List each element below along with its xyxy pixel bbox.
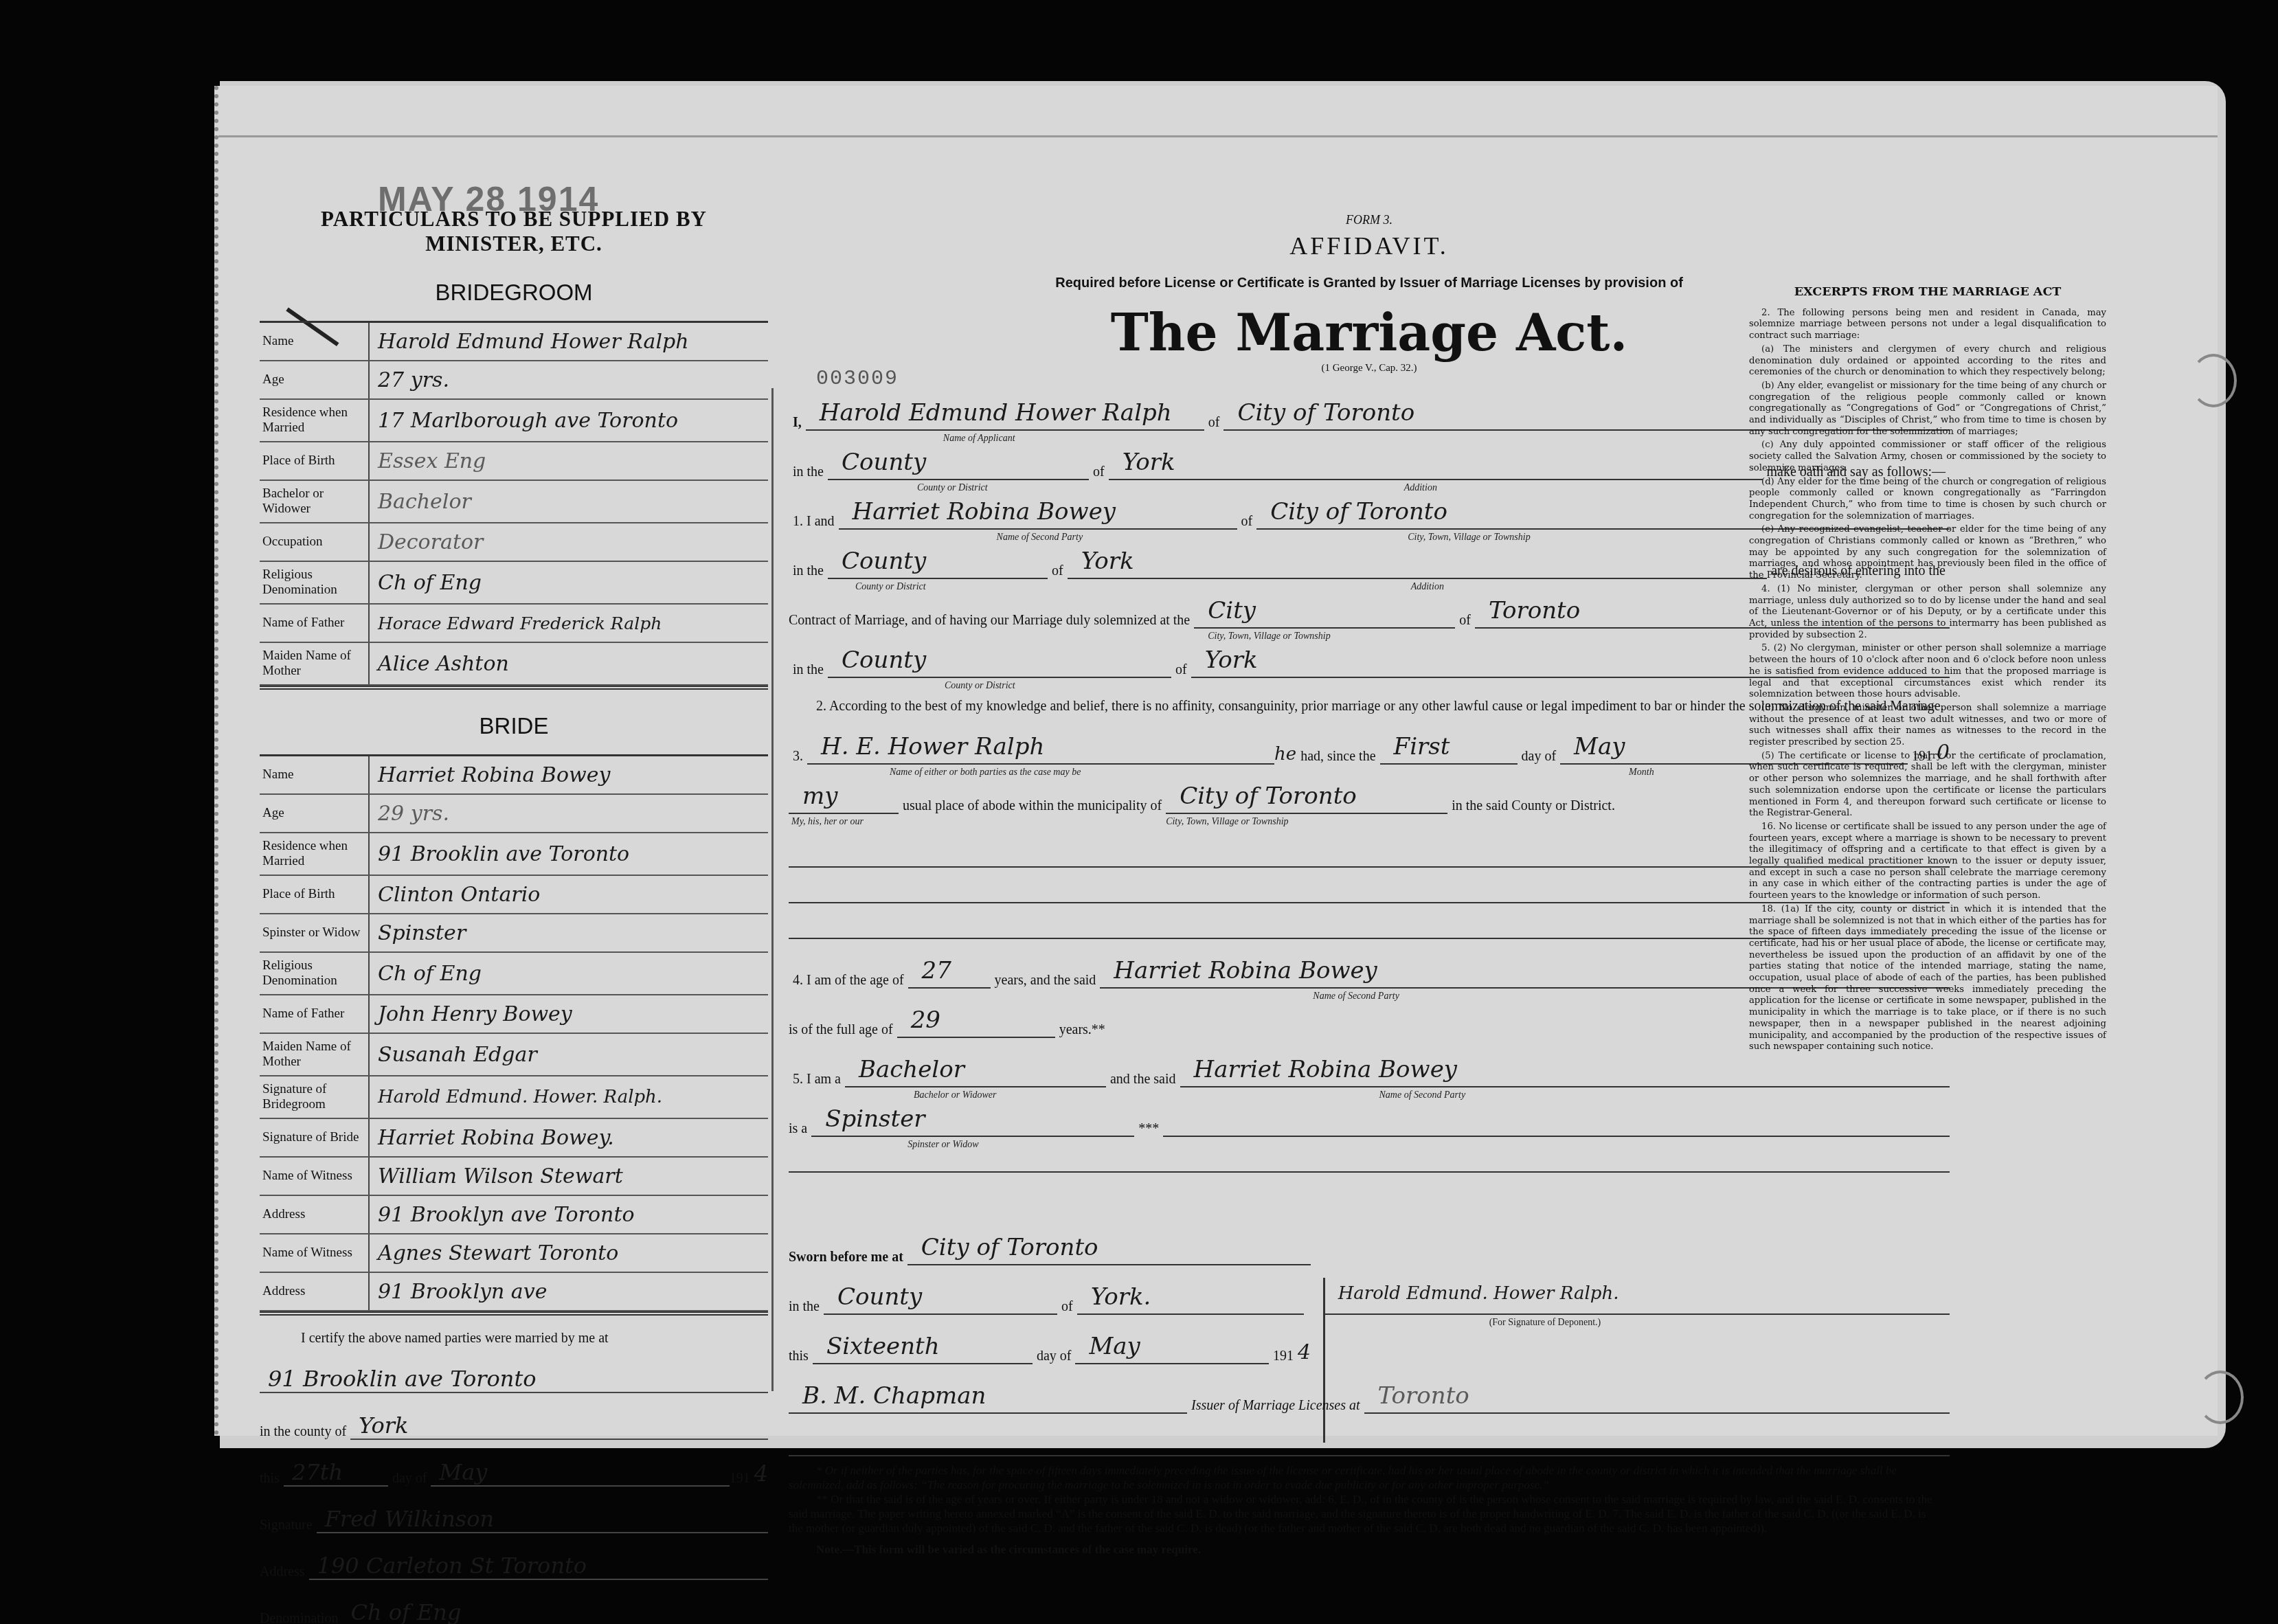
this-label: this <box>789 1349 813 1364</box>
excerpt-paragraph: 16. No license or certificate shall be i… <box>1749 822 2106 902</box>
field-label: Place of Birth <box>260 442 370 480</box>
certificate-county-line: in the county ofYork <box>260 1403 768 1440</box>
of-label: of <box>1171 662 1191 678</box>
year-suffix[interactable]: 4 <box>1298 1340 1311 1364</box>
field-label: Age <box>260 361 370 398</box>
this-label: this <box>260 1471 280 1487</box>
sworn-county-name[interactable]: York. <box>1077 1283 1304 1315</box>
clause-4-text: 4. I am of the age of <box>789 973 908 989</box>
field-label: Name <box>260 756 370 793</box>
caption: Name of either or both parties as the ca… <box>890 767 1081 778</box>
line-prefix: in the <box>789 464 828 480</box>
second-party-county-type[interactable]: CountyCounty or District <box>828 548 1048 579</box>
pronoun-field[interactable]: myMy, his, her or our <box>789 782 899 814</box>
of-label: of <box>1455 613 1475 629</box>
field-label: Name of Witness <box>260 1158 370 1195</box>
of-label: of <box>1204 415 1224 431</box>
certificate-intro: I certify the above named parties were m… <box>260 1331 768 1346</box>
field-value[interactable]: 29 yrs. <box>370 802 768 826</box>
bride-row-witness-1-address: Address91 Brooklyn ave Toronto <box>260 1196 768 1234</box>
binder-hole-icon <box>2197 1371 2244 1424</box>
bridegroom-row-name: NameHarold Edmund Hower Ralph <box>260 323 768 361</box>
caption: Addition <box>1411 582 1444 593</box>
minister-address[interactable]: 190 Carleton St Toronto <box>309 1553 768 1580</box>
clause-5-mid: and the said <box>1106 1072 1180 1087</box>
field-label: Religious Denomination <box>260 562 370 603</box>
sworn-county-type[interactable]: County <box>824 1283 1057 1315</box>
deponent-signature[interactable]: Harold Edmund. Hower Ralph.(For Signatur… <box>1324 1283 1950 1315</box>
second-party-status[interactable]: SpinsterSpinster or Widow <box>811 1105 1134 1137</box>
have-value[interactable]: he <box>1274 744 1296 765</box>
field-label: Occupation <box>260 523 370 561</box>
bridegroom-table: NameHarold Edmund Hower Ralph Age27 yrs.… <box>260 321 768 690</box>
certificate-date-line: this 27th day of May 191 4 <box>260 1450 768 1487</box>
line-prefix: in the <box>789 563 828 579</box>
applicant-age[interactable]: 27 <box>908 957 991 989</box>
caption: City, Town, Village or Township <box>1166 817 1288 828</box>
county-value[interactable]: York <box>350 1412 768 1440</box>
of-label: of <box>1089 464 1109 480</box>
field-value[interactable]: 17 Marlborough ave Toronto <box>370 409 768 433</box>
of-label: of <box>1237 514 1257 530</box>
bride-row-groom-signature: Signature of BridegroomHarold Edmund. Ho… <box>260 1076 768 1119</box>
field-value[interactable]: Alice Ashton <box>370 652 768 676</box>
issuer-place[interactable]: Toronto <box>1364 1382 1950 1414</box>
excerpt-paragraph: (a) The ministers and clergymen of every… <box>1749 344 2106 379</box>
excerpt-paragraph: 2. The following persons being men and r… <box>1749 308 2106 342</box>
field-value[interactable]: Harold Edmund Hower Ralph <box>370 330 768 354</box>
field-label: Age <box>260 795 370 832</box>
column-divider <box>771 388 774 1391</box>
solemnization-county-type[interactable]: CountyCounty or District <box>828 646 1171 678</box>
bride-row-status: Spinster or WidowSpinster <box>260 914 768 953</box>
certificate-place-line: 91 Brooklin ave Toronto <box>260 1356 768 1393</box>
place-value: City of Toronto <box>1270 498 1447 526</box>
excerpt-paragraph: (c) Any duly appointed commissioner or s… <box>1749 440 2106 474</box>
field-label: Name of Father <box>260 995 370 1033</box>
field-label: Address <box>260 1196 370 1233</box>
field-label: Maiden Name of Mother <box>260 643 370 684</box>
bridegroom-row-status: Bachelor or WidowerBachelor <box>260 481 768 523</box>
caption: County or District <box>945 681 1015 692</box>
field-label: Place of Birth <box>260 876 370 913</box>
field-value[interactable]: Spinster <box>370 921 768 945</box>
denomination-label: Denomination <box>260 1611 338 1624</box>
affidavit-title: AFFIDAVIT. <box>789 232 1950 260</box>
field-label: Residence when Married <box>260 833 370 875</box>
field-label: Address <box>260 1273 370 1310</box>
pronoun-value: my <box>802 782 837 810</box>
field-value[interactable]: Ch of Eng <box>370 962 768 986</box>
field-label: Name <box>260 323 370 360</box>
excerpts-column: EXCERPTS FROM THE MARRIAGE ACT 2. The fo… <box>1749 286 2106 1055</box>
caption: County or District <box>855 582 926 593</box>
bridegroom-row-birthplace: Place of BirthEssex Eng <box>260 442 768 481</box>
second-party-county-name[interactable]: YorkAddition <box>1068 548 1768 579</box>
day-value[interactable]: 27th <box>284 1459 388 1487</box>
field-label: Signature of Bridegroom <box>260 1076 370 1118</box>
caption: City, Town, Village or Township <box>1408 532 1530 543</box>
second-party-name-5[interactable]: Harriet Robina BoweyName of Second Party <box>1180 1056 1950 1087</box>
year-prefix: 191 <box>1269 1349 1298 1364</box>
second-party-value: Harriet Robina Bowey <box>853 498 1116 526</box>
month-value[interactable]: May <box>431 1459 729 1487</box>
line-suffix: in the said County or District. <box>1447 798 1619 814</box>
caption: Name of Applicant <box>943 433 1015 444</box>
serial-number: 003009 <box>816 368 899 391</box>
clause-5-line-1: 5. I am a BachelorBachelor or Widower an… <box>789 1056 1950 1087</box>
form-number: FORM 3. <box>789 213 1950 227</box>
marriage-affidavit-document: MAY 28 1914 PARTICULARS TO BE SUPPLIED B… <box>214 86 2218 1436</box>
abode-text: usual place of abode within the municipa… <box>899 798 1166 814</box>
bride-row-mother: Maiden Name of MotherSusanah Edgar <box>260 1034 768 1076</box>
sworn-county-line: in the County of York. Harold Edmund. Ho… <box>789 1283 1950 1315</box>
field-value[interactable]: Essex Eng <box>370 449 768 473</box>
clause-4-mid: years, and the said <box>991 973 1101 989</box>
full-age-suffix: years.** <box>1055 1022 1109 1038</box>
certificate-denomination-line: DenominationCh of Eng <box>260 1590 768 1624</box>
field-label: Residence when Married <box>260 400 370 441</box>
of-label: of <box>1048 563 1068 579</box>
field-label: Name of Father <box>260 605 370 642</box>
county-type-value: County <box>842 449 926 476</box>
county-type-value: County <box>842 548 926 575</box>
field-value[interactable]: Agnes Stewart Toronto <box>370 1241 768 1265</box>
field-value[interactable]: Susanah Edgar <box>370 1043 768 1067</box>
sworn-label: Sworn before me at <box>789 1250 907 1265</box>
field-value[interactable]: Harriet Robina Bowey <box>370 763 768 787</box>
county-name-value: York <box>1123 449 1175 476</box>
bridegroom-title: BRIDEGROOM <box>260 280 768 306</box>
field-value[interactable]: Horace Edward Frederick Ralph <box>370 613 768 633</box>
bride-row-religion: Religious DenominationCh of Eng <box>260 953 768 995</box>
municipality-value: City of Toronto <box>1180 782 1357 810</box>
address-label: Address <box>260 1564 305 1580</box>
field-label: Maiden Name of Mother <box>260 1034 370 1075</box>
footnote-2: ** Or that the said is of the age of yea… <box>789 1492 1943 1535</box>
county-name-value: York <box>1081 548 1134 575</box>
place-type-value: City <box>1208 597 1256 624</box>
county-label: in the county of <box>260 1424 346 1440</box>
field-label: Religious Denomination <box>260 953 370 994</box>
binder-hole-icon <box>2190 354 2237 407</box>
applicant-name-value: Harold Edmund Hower Ralph <box>820 399 1172 427</box>
day-of-label: day of <box>392 1471 427 1487</box>
applicant-county-name[interactable]: YorkAddition <box>1109 449 1763 480</box>
line-prefix: I, <box>789 415 806 431</box>
field-value[interactable]: 27 yrs. <box>370 368 768 392</box>
signature-label: Signature <box>260 1518 313 1533</box>
bride-table: NameHarriet Robina Bowey Age29 yrs. Resi… <box>260 754 768 1316</box>
field-label: Spinster or Widow <box>260 914 370 951</box>
clause-5-line-2: is a SpinsterSpinster or Widow *** <box>789 1105 1950 1137</box>
status-value: Bachelor <box>859 1056 965 1083</box>
field-value[interactable]: Harriet Robina Bowey. <box>370 1126 768 1150</box>
bridegroom-row-occupation: OccupationDecorator <box>260 523 768 562</box>
blank-line[interactable] <box>789 1421 1950 1456</box>
applicant-status[interactable]: BachelorBachelor or Widower <box>845 1056 1106 1087</box>
issuer-label: Issuer of Marriage Licenses at <box>1187 1398 1364 1414</box>
excerpt-paragraph: 4. (1) No minister, clergyman or other p… <box>1749 584 2106 642</box>
field-value[interactable]: Bachelor <box>370 490 768 514</box>
sworn-month[interactable]: May <box>1075 1333 1268 1364</box>
excerpt-paragraph: (5) The certificate or license to marry … <box>1749 751 2106 820</box>
municipality-field[interactable]: City of TorontoCity, Town, Village or To… <box>1166 782 1447 814</box>
field-value[interactable]: Harold Edmund. Hower. Ralph. <box>370 1087 768 1107</box>
second-party-age[interactable]: 29 <box>897 1006 1055 1038</box>
bride-row-witness-2: Name of WitnessAgnes Stewart Toronto <box>260 1234 768 1273</box>
excerpt-paragraph: 18. (1a) If the city, county or district… <box>1749 904 2106 1053</box>
minister-certificate: I certify the above named parties were m… <box>260 1331 768 1624</box>
blank-field[interactable] <box>1163 1105 1950 1137</box>
resident-party-value: H. E. Hower Ralph <box>821 733 1044 760</box>
line-prefix: 1. I and <box>789 514 839 530</box>
field-value[interactable]: Ch of Eng <box>370 571 768 595</box>
bride-row-residence: Residence when Married91 Brooklin ave To… <box>260 833 768 876</box>
bride-row-birthplace: Place of BirthClinton Ontario <box>260 876 768 914</box>
line-prefix: Contract of Marriage, and of having our … <box>789 613 1194 629</box>
clause-5-text: 5. I am a <box>789 1072 845 1087</box>
caption: City, Town, Village or Township <box>1208 631 1330 642</box>
excerpts-title: EXCERPTS FROM THE MARRIAGE ACT <box>1749 286 2106 298</box>
field-value[interactable]: 91 Brooklin ave Toronto <box>370 842 768 866</box>
of-label: of <box>1057 1299 1077 1315</box>
field-value[interactable]: 91 Brooklyn ave <box>370 1280 768 1304</box>
field-value[interactable]: Decorator <box>370 530 768 554</box>
line-prefix: in the <box>789 662 828 678</box>
page-top-band <box>218 86 2218 137</box>
sworn-day[interactable]: Sixteenth <box>813 1333 1033 1364</box>
particulars-heading: PARTICULARS TO BE SUPPLIED BY MINISTER, … <box>260 207 768 256</box>
excerpt-paragraph: (e) Any recognized evangelist, teacher o… <box>1749 524 2106 582</box>
certificate-signature-line: SignatureFred Wilkinson <box>260 1496 768 1533</box>
caption: Name of Second Party <box>997 532 1083 543</box>
form-note: Note.—This form will be varied as the ci… <box>789 1542 1943 1557</box>
sworn-place[interactable]: City of Toronto <box>907 1234 1311 1265</box>
in-the-label: in the <box>789 1299 824 1315</box>
excerpt-paragraph: (3) No clergyman, minister or other pers… <box>1749 703 2106 749</box>
field-value[interactable]: Clinton Ontario <box>370 883 768 907</box>
field-label: Name of Witness <box>260 1234 370 1272</box>
sworn-date-line: this Sixteenth day of May 191 4 <box>789 1333 1311 1364</box>
is-a-label: is a <box>789 1121 811 1137</box>
sworn-place-line: Sworn before me at City of Toronto <box>789 1234 1311 1265</box>
caption: Month <box>1629 767 1654 778</box>
day-of-label: day of <box>1518 749 1561 765</box>
day-of-label: day of <box>1033 1349 1076 1364</box>
caption: Bachelor or Widower <box>914 1090 997 1101</box>
resident-party-name[interactable]: H. E. Hower RalphName of either or both … <box>807 733 1274 765</box>
issuer-line: B. M. Chapman Issuer of Marriage License… <box>789 1382 1950 1414</box>
clause-number: 3. <box>789 749 807 765</box>
deponent-signature-value: Harold Edmund. Hower Ralph. <box>1338 1283 1619 1304</box>
caption: Spinster or Widow <box>907 1140 978 1151</box>
second-party-value: Harriet Robina Bowey <box>1114 957 1377 984</box>
footnotes: * Or if neither of the parties has, for … <box>789 1463 1943 1557</box>
year-prefix: 191 <box>730 1471 750 1487</box>
bride-row-witness-2-address: Address91 Brooklyn ave <box>260 1273 768 1311</box>
footnote-marks: *** <box>1134 1121 1163 1137</box>
minister-particulars: PARTICULARS TO BE SUPPLIED BY MINISTER, … <box>260 207 768 1624</box>
bridegroom-row-father: Name of FatherHorace Edward Frederick Ra… <box>260 605 768 643</box>
caption: Addition <box>1404 483 1437 494</box>
second-party-name[interactable]: Harriet Robina BoweyName of Second Party <box>839 498 1237 530</box>
bridegroom-row-religion: Religious DenominationCh of Eng <box>260 562 768 605</box>
field-value[interactable]: 91 Brooklyn ave Toronto <box>370 1203 768 1227</box>
excerpt-paragraph: (b) Any elder, evangelist or missionary … <box>1749 381 2106 438</box>
caption: My, his, her or our <box>791 817 864 828</box>
month-value: May <box>1574 733 1625 760</box>
year-suffix[interactable]: 4 <box>754 1461 768 1487</box>
excerpt-paragraph: 5. (2) No clergyman, minister or other p… <box>1749 643 2106 701</box>
county-type-value: County <box>842 646 926 674</box>
since-label: had, since the <box>1296 749 1379 765</box>
bridegroom-row-age: Age27 yrs. <box>260 361 768 400</box>
caption: Name of Second Party <box>1379 1090 1466 1101</box>
applicant-county-type[interactable]: CountyCounty or District <box>828 449 1089 480</box>
status-value: Spinster <box>825 1105 925 1133</box>
sworn-block: Sworn before me at City of Toronto in th… <box>789 1216 1950 1456</box>
caption: Name of Second Party <box>1313 991 1399 1002</box>
bride-row-bride-signature: Signature of BrideHarriet Robina Bowey. <box>260 1119 768 1158</box>
bride-row-age: Age29 yrs. <box>260 795 768 833</box>
bride-row-witness-1: Name of WitnessWilliam Wilson Stewart <box>260 1158 768 1196</box>
applicant-name[interactable]: Harold Edmund Hower RalphName of Applica… <box>806 399 1204 431</box>
caption: (For Signature of Deponent.) <box>1489 1318 1601 1329</box>
bridegroom-row-mother: Maiden Name of MotherAlice Ashton <box>260 643 768 686</box>
field-label: Bachelor or Widower <box>260 481 370 522</box>
since-day[interactable]: First <box>1380 733 1518 765</box>
excerpt-paragraph: (d) Any elder for the time being of the … <box>1749 477 2106 523</box>
certificate-address-line: Address190 Carleton St Toronto <box>260 1543 768 1580</box>
issuer-signature[interactable]: B. M. Chapman <box>789 1382 1187 1414</box>
second-party-value: Harriet Robina Bowey <box>1194 1056 1457 1083</box>
marriage-place[interactable]: 91 Brooklin ave Toronto <box>260 1366 768 1393</box>
minister-denomination[interactable]: Ch of Eng <box>342 1599 768 1624</box>
caption: County or District <box>917 483 988 494</box>
field-value[interactable]: William Wilson Stewart <box>370 1164 768 1188</box>
minister-signature[interactable]: Fred Wilkinson <box>317 1506 768 1533</box>
field-value[interactable]: John Henry Bowey <box>370 1002 768 1026</box>
bridegroom-row-residence: Residence when Married17 Marlborough ave… <box>260 400 768 442</box>
bride-row-name: NameHarriet Robina Bowey <box>260 756 768 795</box>
footnote-1: * Or if neither of the parties has, for … <box>789 1463 1943 1492</box>
full-age-label: is of the full age of <box>789 1022 897 1038</box>
solemnization-place-type[interactable]: CityCity, Town, Village or Township <box>1194 597 1455 629</box>
bride-row-father: Name of FatherJohn Henry Bowey <box>260 995 768 1034</box>
field-label: Signature of Bride <box>260 1119 370 1156</box>
bride-title: BRIDE <box>260 713 768 739</box>
